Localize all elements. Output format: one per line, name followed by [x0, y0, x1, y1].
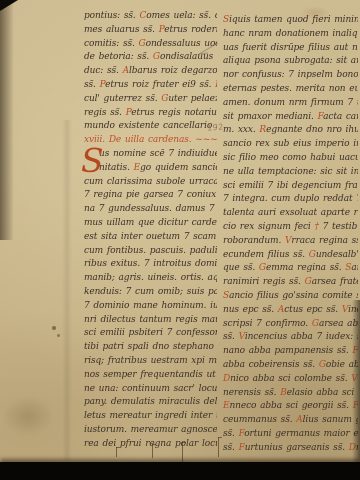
- manuscript-line: Sancio filius go'ssina comite ss̃. Side: [223, 290, 358, 304]
- manuscript-line: risq; fratribus uestram xpi magistram: [84, 355, 217, 369]
- text-segment: nri dilectus tantum regis mauris: [84, 315, 217, 325]
- photo-corner-top-left: [0, 0, 18, 11]
- manuscript-line: pany. demulatis miraculis delictis: [84, 396, 217, 410]
- text-segment: risq; fratribus uestram xpi magistram: [84, 356, 217, 366]
- text-segment: ctus epc ss̃.: [284, 305, 342, 315]
- text-segment: letus mereatur ingredi inter turmas: [84, 411, 217, 421]
- manuscript-line: 7 integra. cum duplo reddat 7 cauto uob: [223, 193, 358, 207]
- text-segment: ss̃.: [223, 332, 239, 342]
- manuscript-line: cum fontibus. pascuis. padulibus. ar: [84, 245, 217, 259]
- text-segment: undesalb' sancius: [316, 250, 358, 260]
- manuscript-line: m. xxx. Regnante dno nro ihu xpo. quo: [223, 124, 358, 138]
- text-segment: que ss̃.: [223, 263, 259, 273]
- text-segment: sci emilii psbiteri 7 confessoris xpi: [84, 328, 217, 338]
- left-text-column: pontius: ss̃. Comes uela: ss̃. comes alu…: [84, 10, 217, 452]
- rubricated-initial: G: [305, 277, 312, 287]
- manuscript-line: kenduis: 7 cum omib; suis partinencijs: [84, 286, 217, 300]
- text-segment: cul' guterrez ss̃.: [84, 94, 161, 104]
- text-segment: ancio fil': [351, 263, 358, 273]
- text-segment: acta carta era: [323, 112, 358, 122]
- manuscript-line: rea dei pfrui regna polar locupletum.: [84, 438, 217, 452]
- right-text-column: Siquis tamen quod fieri minime credimush…: [223, 14, 358, 456]
- manuscript-line: Dnico abba sci colombe ss̃. Vigila abba …: [223, 373, 358, 387]
- manuscript-line: manib; agris. uineis. ortis. aquis. aqu: [84, 272, 217, 286]
- text-segment: ss̃.: [223, 443, 239, 453]
- manuscript-line: sci emilii psbiteri 7 confessoris xpi: [84, 327, 217, 341]
- manuscript-line: mes aluarus ss̃. Petrus roderici sil': [84, 24, 217, 38]
- parchment-stain: [2, 396, 54, 436]
- ruling-mark: [152, 444, 153, 458]
- text-segment: us nomine scē 7 indiuidue tri: [99, 149, 217, 159]
- text-segment: omes uela: ss̃. co: [146, 11, 217, 21]
- text-segment: mundo existente cancellario scripsit,: [84, 121, 217, 131]
- text-segment: aliqua psona subrogata: sit anatema xpia: [223, 56, 358, 66]
- drop-cap-initial: S: [81, 146, 104, 176]
- text-segment: cum clarissima subole urraca re: [84, 177, 217, 187]
- manuscript-line: ss̃. Furtunius garseanis ss̃. Dnis co: [223, 442, 358, 456]
- manuscript-line: na 7 gundessaluus. damus 7 ofri: [84, 203, 217, 217]
- text-segment: m. xxx.: [223, 125, 259, 135]
- manuscript-line: ribus exitus. 7 introitus domibus. po: [84, 258, 217, 272]
- text-segment: abba cobeirensis ss̃.: [223, 360, 319, 370]
- pencil-check-mark: [197, 40, 221, 58]
- manuscript-line: regis ss̃. Petrus regis notarius ua: [84, 107, 217, 121]
- text-segment: ribus exitus. 7 introitus domibus. po: [84, 259, 217, 269]
- text-segment: nerensis ss̃.: [223, 388, 280, 398]
- text-segment: etrus roiz frater ei9 ss̃.: [105, 80, 215, 90]
- text-segment: scripsi 7 confirmo.: [223, 319, 312, 329]
- manuscript-line: sic filio meo como habui uacum uerite si: [223, 152, 358, 166]
- text-segment: de betoria: ss̃.: [84, 52, 153, 62]
- text-segment: nus epc ss̃.: [223, 305, 278, 315]
- text-segment: ne ulla temptacione: sic sit inperpetue: [223, 167, 358, 177]
- manuscript-line: mundo existente cancellario scripsit,: [84, 120, 217, 134]
- parchment-speck: [52, 326, 56, 330]
- text-segment: duc: ss̃.: [84, 66, 123, 76]
- text-segment: ortuni germanus maior eque: [244, 429, 358, 439]
- manuscript-line: hanc nram donationem inaliquo tenta: [223, 28, 358, 42]
- text-segment: est sita inter ouetum 7 scam exilium: [84, 232, 217, 242]
- parchment-speck: [57, 334, 60, 337]
- manuscript-line: iustorum. mereamur agnoscere inte: [84, 424, 217, 438]
- manuscript-line: nerensis ss̃. Belasio abba sci stephani …: [223, 387, 358, 401]
- text-segment: go quidem sancio rex: [140, 163, 217, 173]
- text-segment: nano abba pampanensis ss̃.: [223, 346, 352, 356]
- text-segment: uas fuerit disrūpe filius aut nepos siue: [223, 43, 358, 53]
- manuscript-line: nitatis. Ego quidem sancio rex: [84, 162, 217, 176]
- text-segment: egnante dno nro ihu xpo. quo: [266, 125, 358, 135]
- text-segment: cio rex signum feci: [223, 222, 314, 232]
- text-segment: ranimiri regis ss̃.: [223, 277, 305, 287]
- ruling-mark: [218, 437, 219, 457]
- text-segment: 7 regina pie garsea 7 coniux ei9 gemi: [84, 190, 217, 200]
- manuscript-line: sancio rex sub eius imperio insempiterna…: [223, 138, 358, 152]
- text-segment: iquis tamen quod fieri minime credimus: [229, 15, 358, 25]
- rubricated-initial: xviii. De uilla cardenas. ~~~~~: [84, 135, 217, 145]
- text-segment: rraca regina ss̃.: [291, 236, 358, 246]
- text-segment: arsea frater ei9 ss̃.: [312, 277, 358, 287]
- manuscript-line: nos semper frequentandis ut p'mo: [84, 369, 217, 383]
- text-segment: 7 dominio mane hominum. iuxta fili: [84, 301, 217, 311]
- manuscript-line: tibi patri spali dno stephano abbi ce: [84, 341, 217, 355]
- text-segment: nor confusus: 7 inpselm bonos careat si: [223, 70, 358, 80]
- manuscript-line: eternas pestes. merita non euadat penas.: [223, 83, 358, 97]
- manuscript-photo: pontius: ss̃. Comes uela: ss̃. comes alu…: [0, 0, 360, 480]
- manuscript-line: ecundem filius ss̃. Gundesalb' sancius: [223, 249, 358, 263]
- text-segment: emma regina ss̃.: [266, 263, 345, 273]
- manuscript-line: letus mereatur ingredi inter turmas: [84, 410, 217, 424]
- manuscript-line: cum clarissima subole urraca re: [84, 176, 217, 190]
- manuscript-line: 7 dominio mane hominum. iuxta fili: [84, 300, 217, 314]
- manuscript-line: aliqua psona subrogata: sit anatema xpia: [223, 55, 358, 69]
- manuscript-line: cul' guterrez ss̃. Guter pelaez merin': [84, 93, 217, 107]
- manuscript-line: nus epc ss̃. Actus epc ss̃. Vincencius e…: [223, 304, 358, 318]
- text-segment: uter pelaez merin': [168, 94, 217, 104]
- manuscript-line: ranimiri regis ss̃. Garsea frater ei9 ss…: [223, 276, 358, 290]
- text-segment: etrus regis notarius ua: [131, 108, 217, 118]
- parchment-crease: [62, 120, 72, 460]
- text-segment: ecundem filius ss̃.: [223, 250, 309, 260]
- text-segment: lius sanum germani: [303, 415, 358, 425]
- manuscript-line: mus uillam que dicitur cardenas que: [84, 217, 217, 231]
- text-segment: sancio rex sub eius imperio insempiterna…: [223, 139, 358, 149]
- manuscript-line: talenta auri exsoluat aparte regis. Ego …: [223, 207, 358, 221]
- manuscript-line: amen. donum nrm firmum 7 ualiturum: [223, 97, 358, 111]
- text-segment: urtunius garseanis ss̃.: [245, 443, 349, 453]
- manuscript-line: abba cobeirensis ss̃. Gobie abba sce mar…: [223, 359, 358, 373]
- manuscript-line: us nomine scē 7 indiuidue tri: [84, 148, 217, 162]
- text-segment: talenta auri exsoluat aparte regis.: [223, 208, 358, 218]
- text-segment: tibi patri spali dno stephano abbi ce: [84, 342, 217, 352]
- text-segment: nos semper frequentandis ut p'mo: [84, 370, 217, 380]
- text-segment: ancio filius go'ssina comite ss̃.: [229, 291, 358, 301]
- text-segment: kenduis: 7 cum omib; suis partinencijs: [84, 287, 217, 297]
- manuscript-line: cio rex signum feci † 7 testibus tradidi…: [223, 221, 358, 235]
- text-segment: pany. demulatis miraculis delictis: [84, 397, 217, 407]
- text-segment: elasio abba sci stephani ss̃.: [287, 388, 358, 398]
- text-segment: mes aluarus ss̃.: [84, 25, 159, 35]
- text-segment: sit pmaxor mediani.: [223, 112, 318, 122]
- manuscript-line: Enneco abba sci georgii ss̃. Fortunio: [223, 400, 358, 414]
- text-segment: nitatis.: [99, 163, 134, 173]
- text-segment: comitis: ss̃.: [84, 39, 139, 49]
- manuscript-line: uas fuerit disrūpe filius aut nepos siue: [223, 42, 358, 56]
- rubricated-initial: G: [312, 319, 319, 329]
- pencil-foliation-number: 192: [207, 122, 224, 132]
- rubricated-initial: G: [309, 250, 316, 260]
- text-segment: regis ss̃.: [84, 108, 126, 118]
- text-segment: lbarus roiz degarzon:: [129, 66, 217, 76]
- rubricated-initial: G: [139, 39, 146, 49]
- rubricated-initial: G: [153, 52, 160, 62]
- manuscript-line: ss̃. Vincencius abba 7 iudex: ss̃. Mari: [223, 331, 358, 345]
- text-segment: mus uillam que dicitur cardenas que: [84, 218, 217, 228]
- manuscript-line: ne una: continuum sacr' locus abinde: [84, 383, 217, 397]
- manuscript-line: 7 regina pie garsea 7 coniux ei9 gemi: [84, 189, 217, 203]
- text-segment: 7 testibus tradidi ad: [319, 222, 358, 232]
- text-segment: nneco abba sci georgii ss̃.: [229, 401, 352, 411]
- text-segment: hanc nram donationem inaliquo tenta: [223, 29, 358, 39]
- manuscript-line: xviii. De uilla cardenas. ~~~~~: [84, 134, 217, 148]
- manuscript-line: roborandum. Vrraca regina ss̃. Garsea: [223, 235, 358, 249]
- manuscript-line: ne ulla temptacione: sic sit inperpetue: [223, 166, 358, 180]
- text-segment: roborandum.: [223, 236, 285, 246]
- rubricated-initial: G: [259, 263, 266, 273]
- text-segment: etrus roderici sil': [164, 25, 217, 35]
- manuscript-line: duc: ss̃. Albarus roiz degarzon:: [84, 65, 217, 79]
- manuscript-line: nri dilectus tantum regis mauris: [84, 314, 217, 328]
- manuscript-line: nano abba pampanensis ss̃. Feunigo: [223, 345, 358, 359]
- photo-edge-right: [352, 300, 360, 464]
- rubricated-initial: R: [215, 80, 217, 90]
- manuscript-line: scripsi 7 confirmo. Garsea abba albelden…: [223, 318, 358, 332]
- manuscript-line: que ss̃. Gemma regina ss̃. Sancio fil': [223, 262, 358, 276]
- manuscript-line: sci emilii 7 ibi degencium fratrum sua: [223, 180, 358, 194]
- rubricated-initial: G: [319, 360, 326, 370]
- manuscript-line: ss̃. Petrus roiz frater ei9 ss̃. Rodi: [84, 79, 217, 93]
- manuscript-line: ceummanus ss̃. Alius sanum germani: [223, 414, 358, 428]
- text-segment: sic filio meo como habui uacum uerite si: [223, 153, 358, 163]
- text-segment: sci emilii 7 ibi degencium fratrum sua: [223, 181, 358, 191]
- photo-edge-bottom: [0, 462, 360, 480]
- manuscript-line: est sita inter ouetum 7 scam exilium: [84, 231, 217, 245]
- text-segment: manib; agris. uineis. ortis. aquis. aqu: [84, 273, 217, 283]
- text-segment: ceummanus ss̃.: [223, 415, 296, 425]
- text-segment: ss̃.: [223, 429, 239, 439]
- text-segment: incencius abba 7 iudex: ss̃.: [245, 332, 358, 342]
- text-segment: amen. donum nrm firmum 7 ualiturum: [223, 98, 358, 108]
- text-segment: cum fontibus. pascuis. padulibus. ar: [84, 246, 217, 256]
- text-segment: rea dei pfrui regna polar locupletum.: [84, 439, 217, 449]
- manuscript-line: ss̃. Fortuni germanus maior eque: [223, 428, 358, 442]
- manuscript-line: sit pmaxor mediani. Facta carta era: [223, 111, 358, 125]
- manuscript-line: Siquis tamen quod fieri minime credimus: [223, 14, 358, 28]
- text-segment: ne una: continuum sacr' locus abinde: [84, 384, 217, 394]
- text-segment: eternas pestes. merita non euadat penas.: [223, 84, 358, 94]
- ruling-mark: [182, 442, 183, 462]
- manuscript-line: pontius: ss̃. Comes uela: ss̃. co: [84, 10, 217, 24]
- text-segment: 7 integra. cum duplo reddat 7 cauto uob: [223, 194, 358, 204]
- ruling-mark: [116, 447, 117, 457]
- text-segment: nico abba sci colombe ss̃.: [230, 374, 351, 384]
- text-segment: na 7 gundessaluus. damus 7 ofri: [84, 204, 217, 214]
- photo-edge-left: [0, 0, 14, 240]
- manuscript-line: nor confusus: 7 inpselm bonos careat si: [223, 69, 358, 83]
- text-segment: iustorum. mereamur agnoscere inte: [84, 425, 217, 435]
- text-segment: ss̃.: [84, 80, 100, 90]
- text-segment: pontius: ss̃.: [84, 11, 139, 21]
